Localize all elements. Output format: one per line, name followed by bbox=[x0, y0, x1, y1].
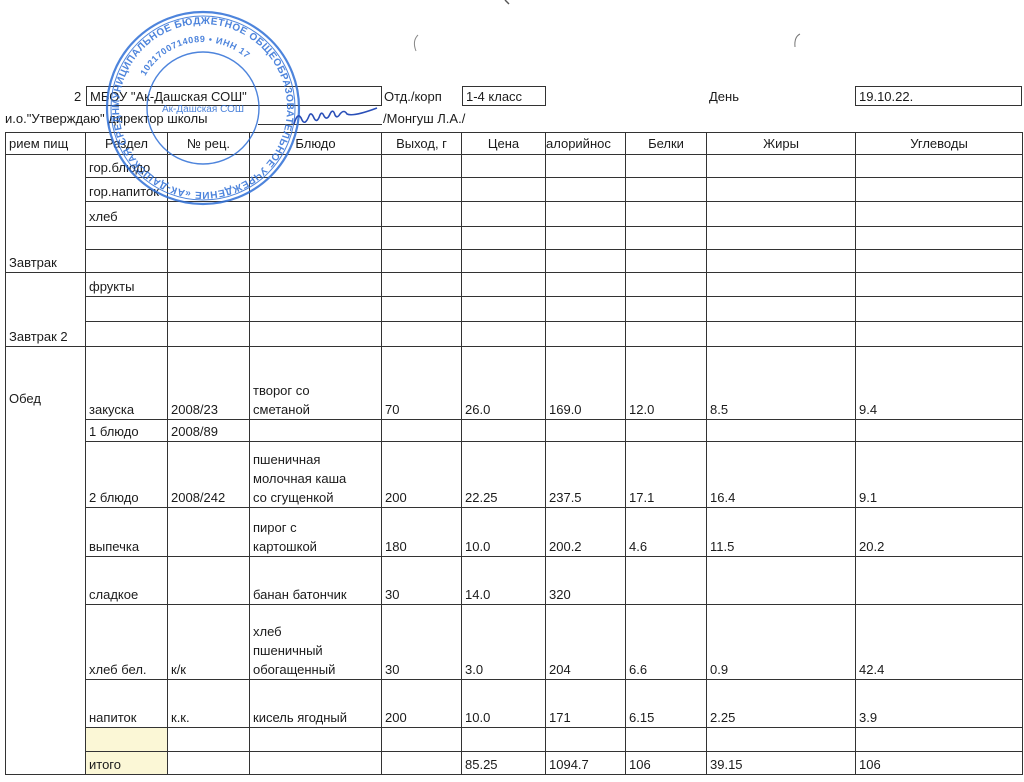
recipe-cell: 2008/23 bbox=[168, 347, 250, 420]
fat-cell: 16.4 bbox=[707, 442, 856, 508]
col-price: Цена bbox=[462, 133, 546, 155]
dish-cell: творог сосметаной bbox=[250, 347, 382, 420]
col-meal: рием пищ bbox=[6, 133, 86, 155]
table-row bbox=[6, 322, 1023, 347]
day-label: День bbox=[709, 88, 739, 106]
table-row: сладкое банан батончик 30 14.0 320 bbox=[6, 557, 1023, 605]
section-cell bbox=[86, 728, 168, 752]
protein-cell bbox=[626, 557, 707, 605]
table-row bbox=[6, 250, 1023, 273]
yield-cell: 70 bbox=[382, 347, 462, 420]
meal-breakfast: Завтрак bbox=[6, 155, 86, 273]
section-cell: 1 блюдо bbox=[86, 420, 168, 442]
total-kcal: 1094.7 bbox=[546, 752, 626, 775]
table-row: гор.напиток bbox=[6, 178, 1023, 202]
section-cell: выпечка bbox=[86, 508, 168, 557]
dish-cell: хлебпшеничныйобогащенный bbox=[250, 605, 382, 680]
dish-cell: пшеничнаямолочная кашасо сгущенкой bbox=[250, 442, 382, 508]
recipe-cell bbox=[168, 508, 250, 557]
section-cell: 2 блюдо bbox=[86, 442, 168, 508]
col-dish: Блюдо bbox=[250, 133, 382, 155]
kcal-cell: 237.5 bbox=[546, 442, 626, 508]
kcal-cell: 200.2 bbox=[546, 508, 626, 557]
date-field: 19.10.22. bbox=[855, 86, 1022, 106]
section-cell: хлеб bbox=[86, 202, 168, 227]
scan-marks bbox=[0, 0, 1024, 80]
carbs-cell: 42.4 bbox=[856, 605, 1023, 680]
total-label: итого bbox=[86, 752, 168, 775]
recipe-cell bbox=[168, 557, 250, 605]
section-cell: гор.блюдо bbox=[86, 155, 168, 178]
price-cell: 10.0 bbox=[462, 508, 546, 557]
section-cell bbox=[86, 250, 168, 273]
dept-field: 1-4 класс bbox=[462, 86, 546, 106]
protein-cell bbox=[626, 420, 707, 442]
section-cell: фрукты bbox=[86, 273, 168, 297]
yield-cell: 30 bbox=[382, 605, 462, 680]
total-protein: 106 bbox=[626, 752, 707, 775]
kcal-cell: 169.0 bbox=[546, 347, 626, 420]
table-row: хлеб бел. к/к хлебпшеничныйобогащенный 3… bbox=[6, 605, 1023, 680]
fat-cell bbox=[707, 557, 856, 605]
table-row bbox=[6, 227, 1023, 250]
fat-cell bbox=[707, 420, 856, 442]
carbs-cell bbox=[856, 557, 1023, 605]
school-name-field: МБОУ "Ак-Дашская СОШ" bbox=[86, 86, 382, 106]
meal-lunch-label: Обед bbox=[9, 391, 41, 406]
recipe-cell: к/к bbox=[168, 605, 250, 680]
table-row bbox=[6, 728, 1023, 752]
dept-label: Отд./корп bbox=[384, 88, 442, 106]
dish-cell: пирог скартошкой bbox=[250, 508, 382, 557]
fat-cell: 0.9 bbox=[707, 605, 856, 680]
kcal-cell: 320 bbox=[546, 557, 626, 605]
carbs-cell: 9.1 bbox=[856, 442, 1023, 508]
col-kcal: алорийнос bbox=[546, 133, 626, 155]
col-recipe: № рец. bbox=[168, 133, 250, 155]
table-row bbox=[6, 297, 1023, 322]
kcal-cell bbox=[546, 420, 626, 442]
section-cell: закуска bbox=[86, 347, 168, 420]
protein-cell: 6.15 bbox=[626, 680, 707, 728]
yield-cell: 30 bbox=[382, 557, 462, 605]
table-row: выпечка пирог скартошкой 180 10.0 200.2 … bbox=[6, 508, 1023, 557]
table-row: 2 блюдо 2008/242 пшеничнаямолочная кашас… bbox=[6, 442, 1023, 508]
section-cell bbox=[86, 297, 168, 322]
carbs-cell: 20.2 bbox=[856, 508, 1023, 557]
section-cell: сладкое bbox=[86, 557, 168, 605]
table-row: Обед закуска 2008/23 творог сосметаной 7… bbox=[6, 347, 1023, 420]
table-row: напиток к.к. кисель ягодный 200 10.0 171… bbox=[6, 680, 1023, 728]
section-cell: напиток bbox=[86, 680, 168, 728]
yield-cell: 200 bbox=[382, 442, 462, 508]
signature-line bbox=[258, 124, 382, 125]
recipe-cell: 2008/242 bbox=[168, 442, 250, 508]
price-cell: 22.25 bbox=[462, 442, 546, 508]
yield-cell: 200 bbox=[382, 680, 462, 728]
col-section: Раздел bbox=[86, 133, 168, 155]
col-carbs: Углеводы bbox=[856, 133, 1023, 155]
table-row: хлеб bbox=[6, 202, 1023, 227]
table-row: Завтрак 2 фрукты bbox=[6, 273, 1023, 297]
carbs-cell bbox=[856, 420, 1023, 442]
col-fat: Жиры bbox=[707, 133, 856, 155]
recipe-cell: к.к. bbox=[168, 680, 250, 728]
recipe-cell: 2008/89 bbox=[168, 420, 250, 442]
col-yield: Выход, г bbox=[382, 133, 462, 155]
protein-cell: 12.0 bbox=[626, 347, 707, 420]
total-row: итого 85.25 1094.7 106 39.15 106 bbox=[6, 752, 1023, 775]
price-cell: 3.0 bbox=[462, 605, 546, 680]
table-row: 1 блюдо 2008/89 bbox=[6, 420, 1023, 442]
carbs-cell: 3.9 bbox=[856, 680, 1023, 728]
fat-cell: 8.5 bbox=[707, 347, 856, 420]
dish-cell: банан батончик bbox=[250, 557, 382, 605]
section-cell: гор.напиток bbox=[86, 178, 168, 202]
yield-cell: 180 bbox=[382, 508, 462, 557]
meal-breakfast-2: Завтрак 2 bbox=[6, 273, 86, 347]
yield-cell bbox=[382, 420, 462, 442]
protein-cell: 17.1 bbox=[626, 442, 707, 508]
total-fat: 39.15 bbox=[707, 752, 856, 775]
price-cell bbox=[462, 420, 546, 442]
price-cell: 14.0 bbox=[462, 557, 546, 605]
form-number: 2 bbox=[74, 88, 81, 106]
dish-cell: кисель ягодный bbox=[250, 680, 382, 728]
section-cell bbox=[86, 322, 168, 347]
protein-cell: 6.6 bbox=[626, 605, 707, 680]
dish-cell bbox=[250, 420, 382, 442]
fat-cell: 2.25 bbox=[707, 680, 856, 728]
price-cell: 26.0 bbox=[462, 347, 546, 420]
section-cell bbox=[86, 227, 168, 250]
meal-lunch: Обед bbox=[6, 347, 86, 775]
section-cell: хлеб бел. bbox=[86, 605, 168, 680]
price-cell: 10.0 bbox=[462, 680, 546, 728]
protein-cell: 4.6 bbox=[626, 508, 707, 557]
signature bbox=[290, 104, 385, 132]
approve-text: и.о."Утверждаю" директор школы bbox=[5, 110, 207, 128]
signer-name: /Монгуш Л.А./ bbox=[383, 110, 465, 128]
col-protein: Белки bbox=[626, 133, 707, 155]
menu-table: рием пищ Раздел № рец. Блюдо Выход, г Це… bbox=[5, 132, 1023, 775]
carbs-cell: 9.4 bbox=[856, 347, 1023, 420]
total-carbs: 106 bbox=[856, 752, 1023, 775]
table-row: Завтрак гор.блюдо bbox=[6, 155, 1023, 178]
fat-cell: 11.5 bbox=[707, 508, 856, 557]
kcal-cell: 171 bbox=[546, 680, 626, 728]
table-header-row: рием пищ Раздел № рец. Блюдо Выход, г Це… bbox=[6, 133, 1023, 155]
kcal-cell: 204 bbox=[546, 605, 626, 680]
total-price: 85.25 bbox=[462, 752, 546, 775]
